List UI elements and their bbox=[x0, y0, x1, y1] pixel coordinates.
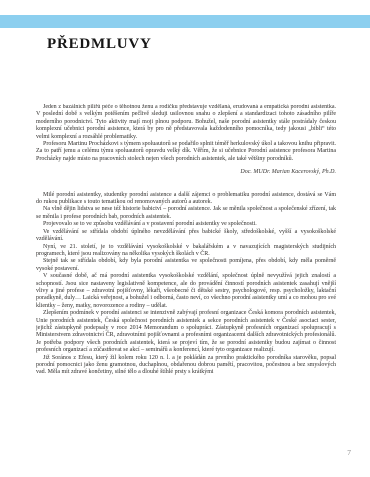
page-title: PŘEDMLUVY bbox=[47, 36, 152, 53]
foreword-2-paragraph: Na vlně dějin lidstva se nese též histor… bbox=[36, 206, 336, 221]
foreword-1-paragraph: Jeden z bazálních pilířů péče o těhotnou… bbox=[36, 104, 336, 141]
foreword-2-paragraph: Zlepšením podmínek v porodní asistenci s… bbox=[36, 310, 336, 354]
book-page: PŘEDMLUVY Jeden z bazálních pilířů péče … bbox=[0, 0, 370, 477]
forewords-content: Jeden z bazálních pilířů péče o těhotnou… bbox=[36, 104, 336, 442]
page-number: 7 bbox=[347, 448, 351, 457]
foreword-2-paragraph: Stejně tak se střídala období, kdy byla … bbox=[36, 258, 336, 273]
foreword-1-paragraph: Profesoru Martinu Procházkovi s týmem sp… bbox=[36, 141, 336, 163]
foreword-2-paragraph: Již Sorános z Efesu, který žil kolem rok… bbox=[36, 355, 336, 377]
foreword-1-signature: Doc. MUDr. Marian Kacerovský, Ph.D. bbox=[36, 169, 336, 176]
foreword-2-paragraph: Milé porodní asistentky, studentky porod… bbox=[36, 192, 336, 207]
foreword-2: Milé porodní asistentky, studentky porod… bbox=[36, 192, 336, 377]
header-accent-band bbox=[0, 15, 370, 28]
foreword-2-paragraph: V současné době, ač má porodní asistentk… bbox=[36, 273, 336, 310]
foreword-2-paragraph: Ve vzdělávání se střídala období úplného… bbox=[36, 229, 336, 244]
foreword-1: Jeden z bazálních pilířů péče o těhotnou… bbox=[36, 104, 336, 177]
foreword-2-paragraph: Nyní, ve 21. století, je to vzdělávání v… bbox=[36, 244, 336, 259]
foreword-2-paragraph: Projevovalo se to ve způsobu vzdělávání … bbox=[36, 221, 336, 228]
